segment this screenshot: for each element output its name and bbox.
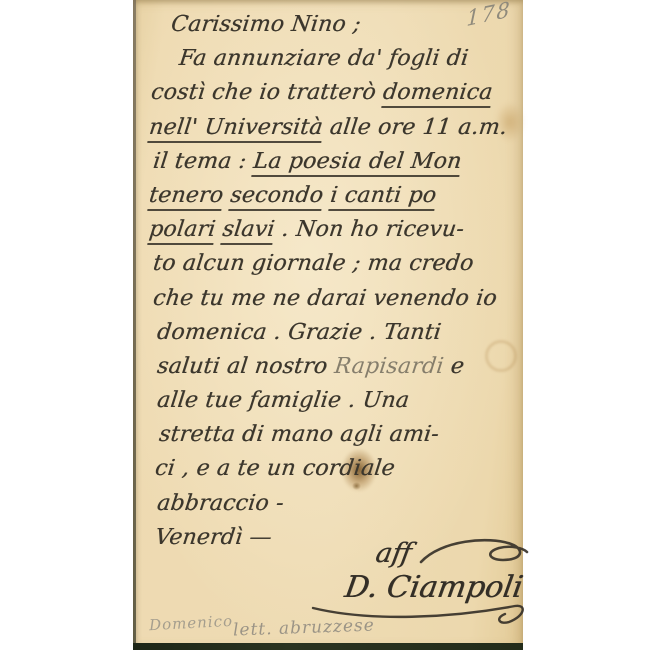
letter-line: saluti al nostro Rapisardi e bbox=[155, 350, 515, 384]
card-bottom-edge bbox=[133, 643, 523, 650]
letter-line: costì che io tratterò domenica bbox=[149, 76, 515, 110]
phrase: alle ore 11 a.m. bbox=[321, 115, 508, 140]
closing-flourish-stroke bbox=[419, 536, 531, 570]
letter-line: stretta di mano agli ami- bbox=[157, 418, 515, 452]
letter-line: ci , e a te un cordiale bbox=[153, 452, 515, 486]
postcard-paper: 178 Carissimo Nino ;Fa annunziare da' fo… bbox=[133, 0, 523, 650]
letter-line: che tu me ne darai venendo io bbox=[151, 282, 515, 316]
underlined-phrase: secondo bbox=[228, 183, 324, 211]
phrase: saluti al nostro bbox=[156, 354, 336, 379]
card-left-edge bbox=[133, 0, 136, 650]
phrase: . Non ho ricevu- bbox=[273, 217, 465, 242]
phrase: il tema : bbox=[152, 149, 255, 174]
underlined-phrase: nell' Università bbox=[147, 115, 324, 143]
underlined-phrase: domenica bbox=[381, 80, 494, 108]
scanned-postcard: 178 Carissimo Nino ;Fa annunziare da' fo… bbox=[0, 0, 650, 650]
letter-line: domenica . Grazie . Tanti bbox=[155, 316, 515, 350]
phrase: Carissimo Nino ; bbox=[170, 12, 363, 37]
letter-line: polari slavi . Non ho ricevu- bbox=[147, 213, 515, 247]
letter-lines: Carissimo Nino ;Fa annunziare da' fogli … bbox=[147, 8, 511, 555]
letter-line: abbraccio - bbox=[155, 487, 515, 521]
phrase: stretta di mano agli ami- bbox=[158, 422, 441, 447]
phrase: e bbox=[442, 354, 465, 379]
phrase: che tu me ne darai venendo io bbox=[152, 286, 499, 311]
letter-line: tenero secondo i canti po bbox=[147, 179, 515, 213]
letter-line: to alcun giornale ; ma credo bbox=[151, 247, 515, 281]
phrase: Venerdì — bbox=[154, 525, 274, 550]
letter-line: Fa annunziare da' fogli di bbox=[177, 42, 515, 76]
letter-line: il tema : La poesia del Mon bbox=[151, 145, 515, 179]
phrase: abbraccio - bbox=[156, 491, 286, 516]
pencil-annotation-author: Domenico bbox=[149, 612, 234, 634]
underlined-phrase: La poesia del Mon bbox=[252, 149, 463, 177]
underlined-phrase: tenero bbox=[147, 183, 224, 211]
letter-line: Carissimo Nino ; bbox=[169, 8, 515, 42]
underlined-phrase: polari bbox=[147, 217, 217, 245]
phrase: domenica . Grazie . Tanti bbox=[156, 320, 443, 345]
pencil-annotation-category: lett. abruzzese bbox=[233, 616, 375, 641]
phrase: Fa annunziare da' fogli di bbox=[178, 46, 470, 71]
phrase: ci , e a te un cordiale bbox=[154, 456, 397, 481]
phrase: to alcun giornale ; ma credo bbox=[152, 251, 475, 276]
underlined-phrase: slavi bbox=[221, 217, 276, 245]
underlined-phrase: i canti po bbox=[328, 183, 437, 211]
letter-line: nell' Università alle ore 11 a.m. bbox=[147, 111, 515, 145]
closing-abbreviation: aff bbox=[373, 538, 414, 569]
phrase: costì che io tratterò bbox=[150, 80, 385, 105]
letter-line: alle tue famiglie . Una bbox=[155, 384, 515, 418]
letter-body: Carissimo Nino ;Fa annunziare da' fogli … bbox=[147, 8, 511, 555]
phrase: alle tue famiglie . Una bbox=[156, 388, 411, 413]
phrase: Rapisardi bbox=[333, 354, 445, 379]
